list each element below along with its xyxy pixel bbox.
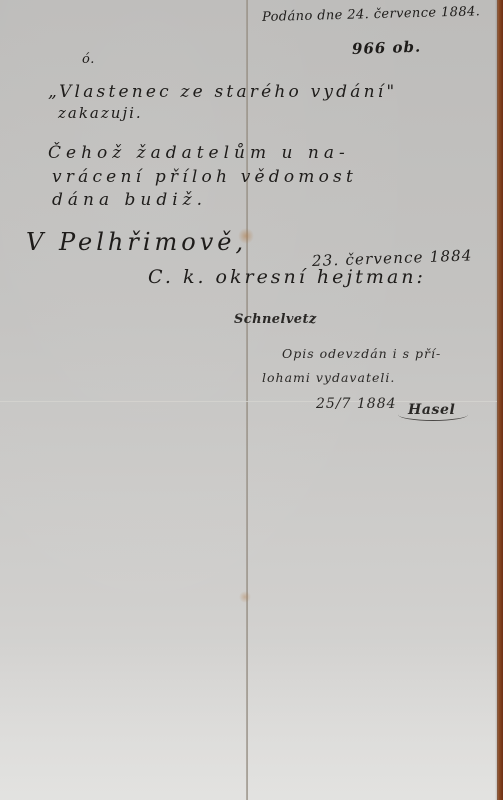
paper-light-area bbox=[0, 640, 497, 800]
body-line-2: zakazuji. bbox=[58, 104, 143, 122]
signature-flourish bbox=[398, 408, 468, 421]
document-scan: Podáno dne 24. července 1884. 966 ob. ó.… bbox=[0, 0, 503, 800]
body-line-5: dána budiž. bbox=[52, 190, 207, 210]
body-line-4: vrácení příloh vědomost bbox=[52, 167, 357, 187]
body-line-1: „Vlastenec ze starého vydání" bbox=[48, 82, 397, 102]
reference-number: 966 ob. bbox=[352, 38, 422, 58]
vertical-fold-line bbox=[246, 0, 248, 800]
official-signature: Schnelvetz bbox=[234, 312, 317, 327]
mark-symbol: ó. bbox=[82, 52, 95, 67]
authority-title: C. k. okresní hejtman: bbox=[148, 266, 426, 288]
body-line-3: Čehož žadatelům u na- bbox=[48, 143, 350, 163]
paper-edge-shadow bbox=[495, 0, 498, 800]
copy-note-line-2: lohami vydavateli. bbox=[262, 370, 395, 385]
stain-mark bbox=[239, 591, 251, 603]
copy-note-line-1: Opis odevzdán i s pří- bbox=[282, 346, 441, 361]
place-name: V Pelhřimově, bbox=[26, 228, 247, 256]
copy-date: 25/7 1884 bbox=[316, 396, 397, 412]
